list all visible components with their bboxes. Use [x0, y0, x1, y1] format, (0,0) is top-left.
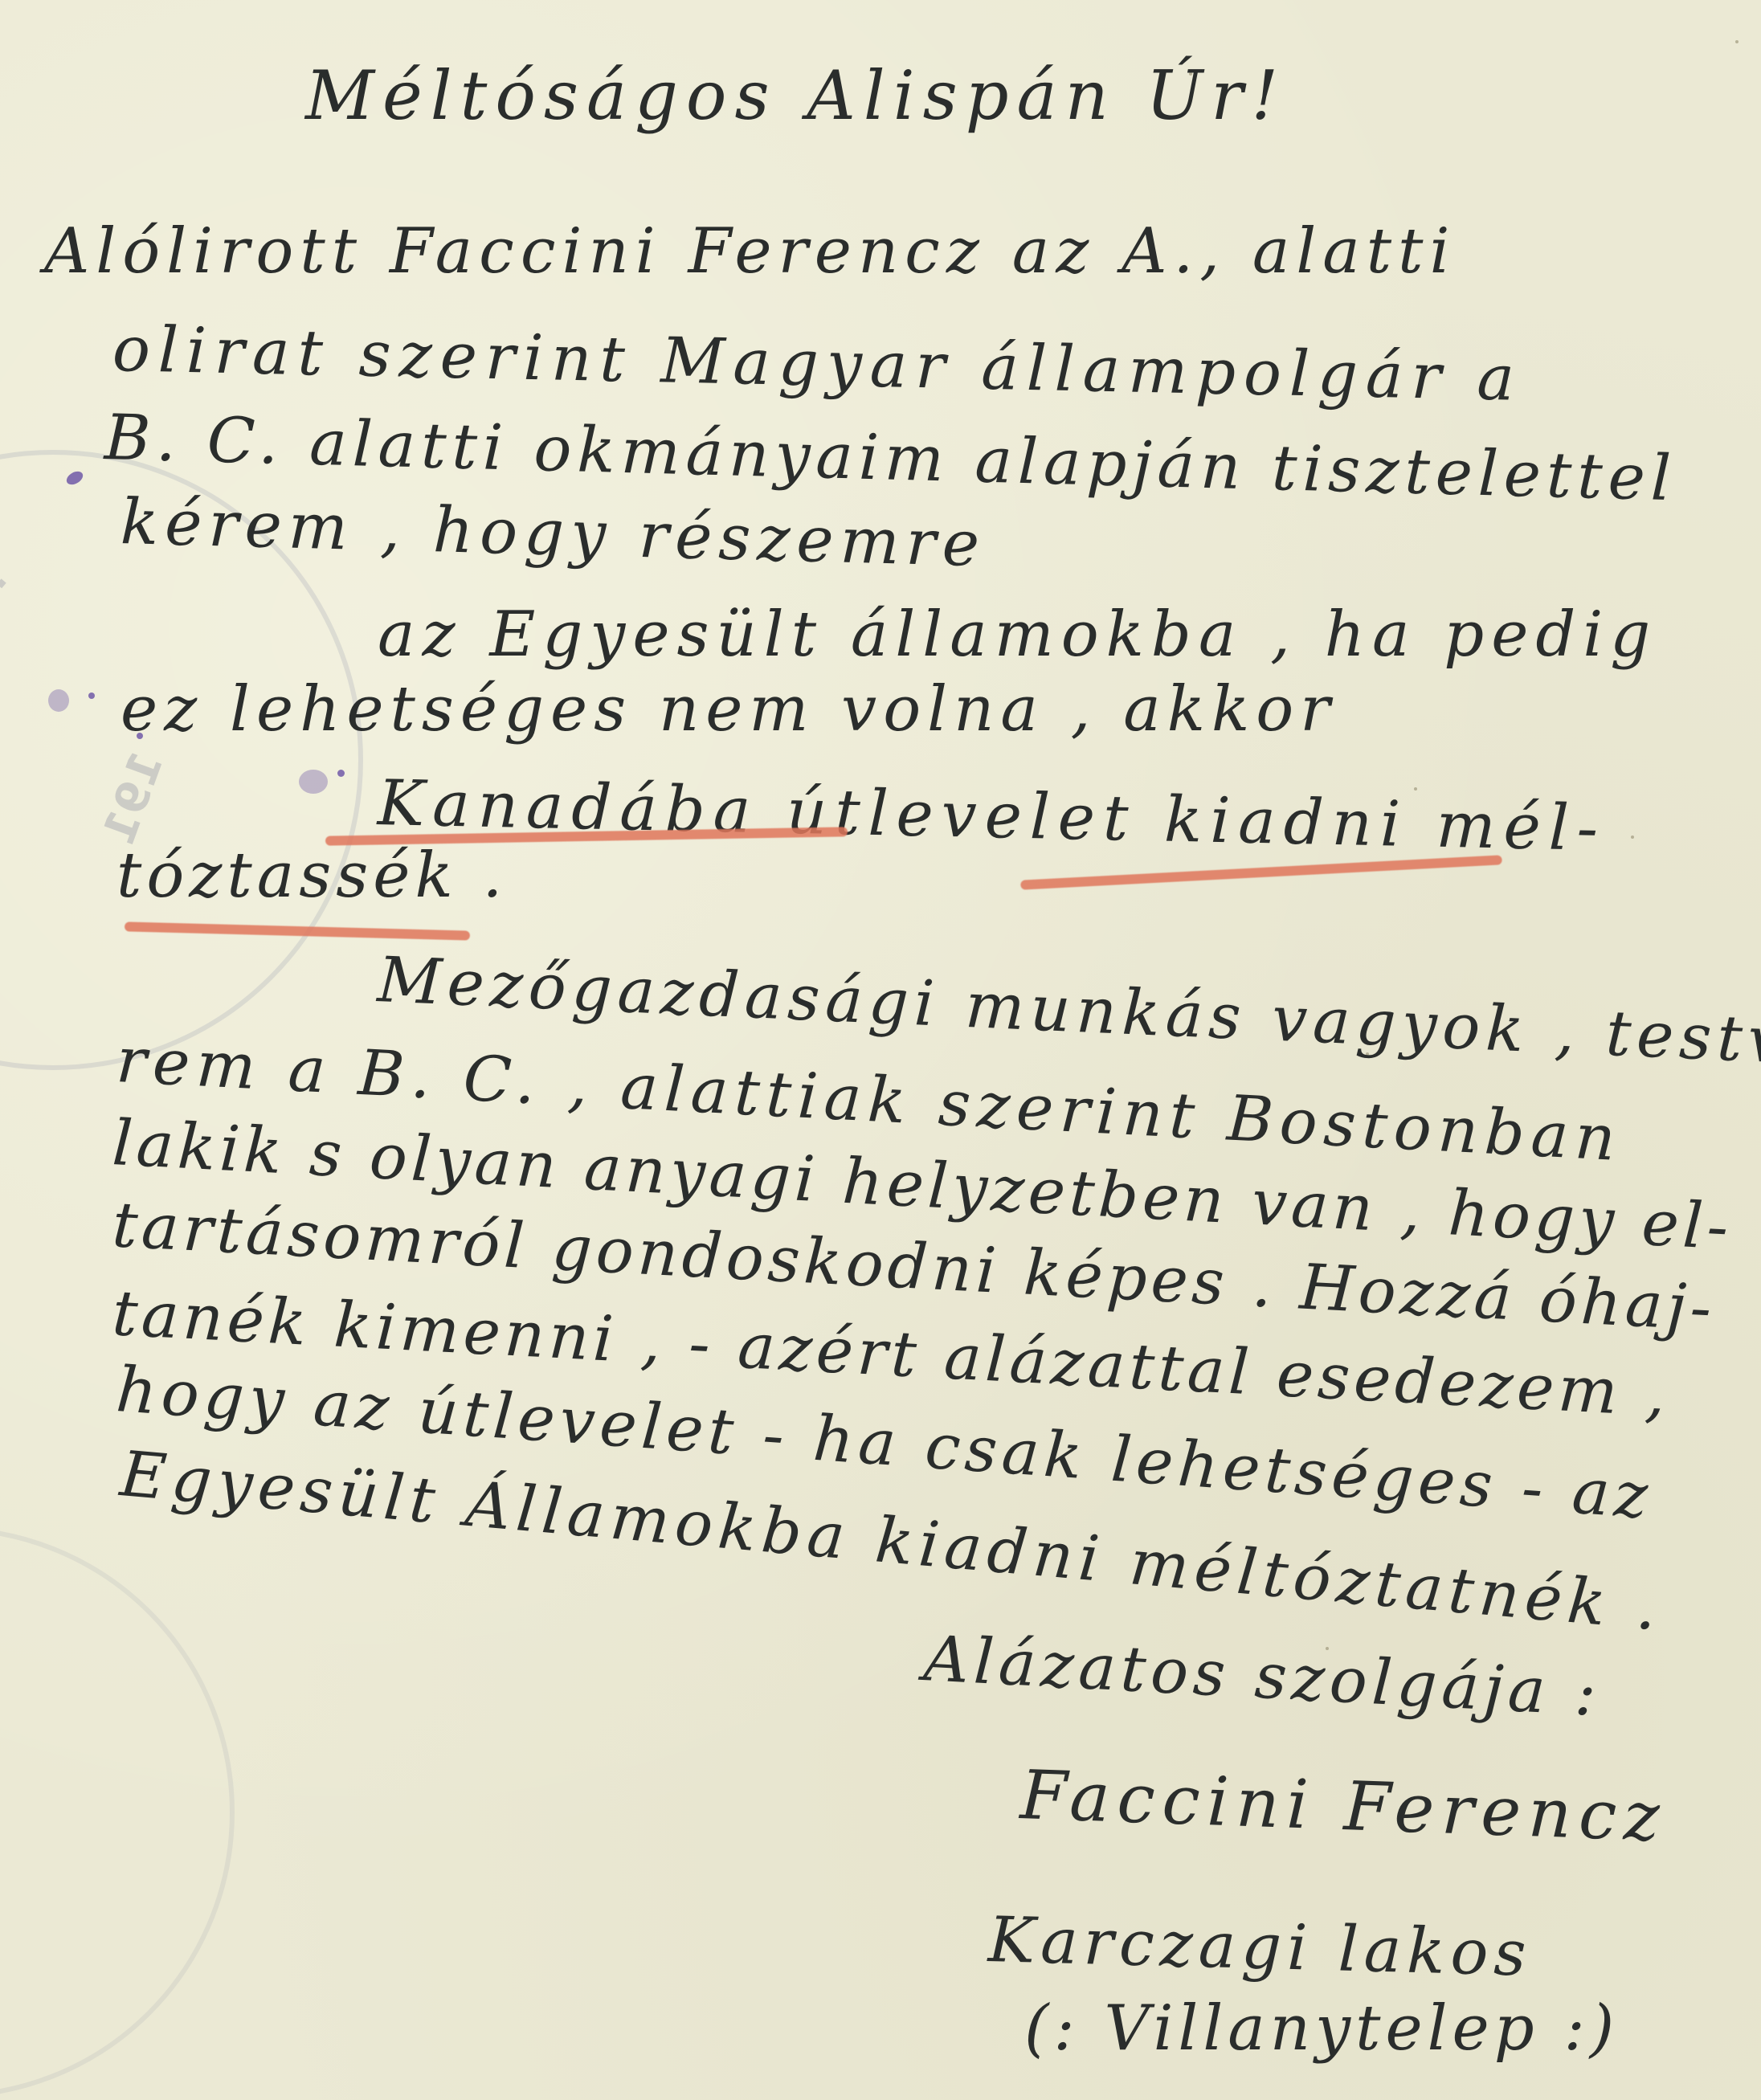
paragraph-2-line-1: az Egyesült államokba , ha pedig	[378, 599, 1657, 671]
letter-page: ...VÁRM. AL... 191 Méltóságos Alispán Úr…	[0, 0, 1761, 2100]
paragraph-2-line-4: tóztassék .	[116, 840, 507, 912]
signature: Faccini Ferencz	[1019, 1755, 1668, 1857]
paragraph-1-line-1: Alólirott Faccini Ferencz az A., alatti	[44, 215, 1456, 288]
paragraph-1-line-2: olirat szerint Magyar állampolgár a	[112, 313, 1523, 415]
ink-blot	[299, 770, 328, 794]
underline-kiadni	[1020, 855, 1502, 889]
ink-blot	[48, 689, 69, 712]
paragraph-2-line-3: Kanadába útlevelet kiadni mél-	[377, 767, 1607, 865]
salutation: Méltóságos Alispán Úr!	[305, 56, 1286, 135]
ink-blot	[337, 770, 345, 777]
closing: Alázatos szolgája :	[922, 1623, 1603, 1730]
stamp-date: 191	[92, 745, 174, 851]
paper-speck	[1631, 836, 1634, 839]
ink-blot	[88, 693, 95, 699]
address-line-1: Karczagi lakos	[987, 1904, 1533, 1991]
official-stamp-lower	[0, 1526, 235, 2098]
paper-speck	[1735, 40, 1739, 43]
address-line-2: (: Villanytelep :)	[1024, 1992, 1619, 2065]
paragraph-2-line-2: ez lehetséges nem volna , akkor	[121, 673, 1337, 746]
stamp-text: ...VÁRM. AL...	[0, 382, 27, 598]
